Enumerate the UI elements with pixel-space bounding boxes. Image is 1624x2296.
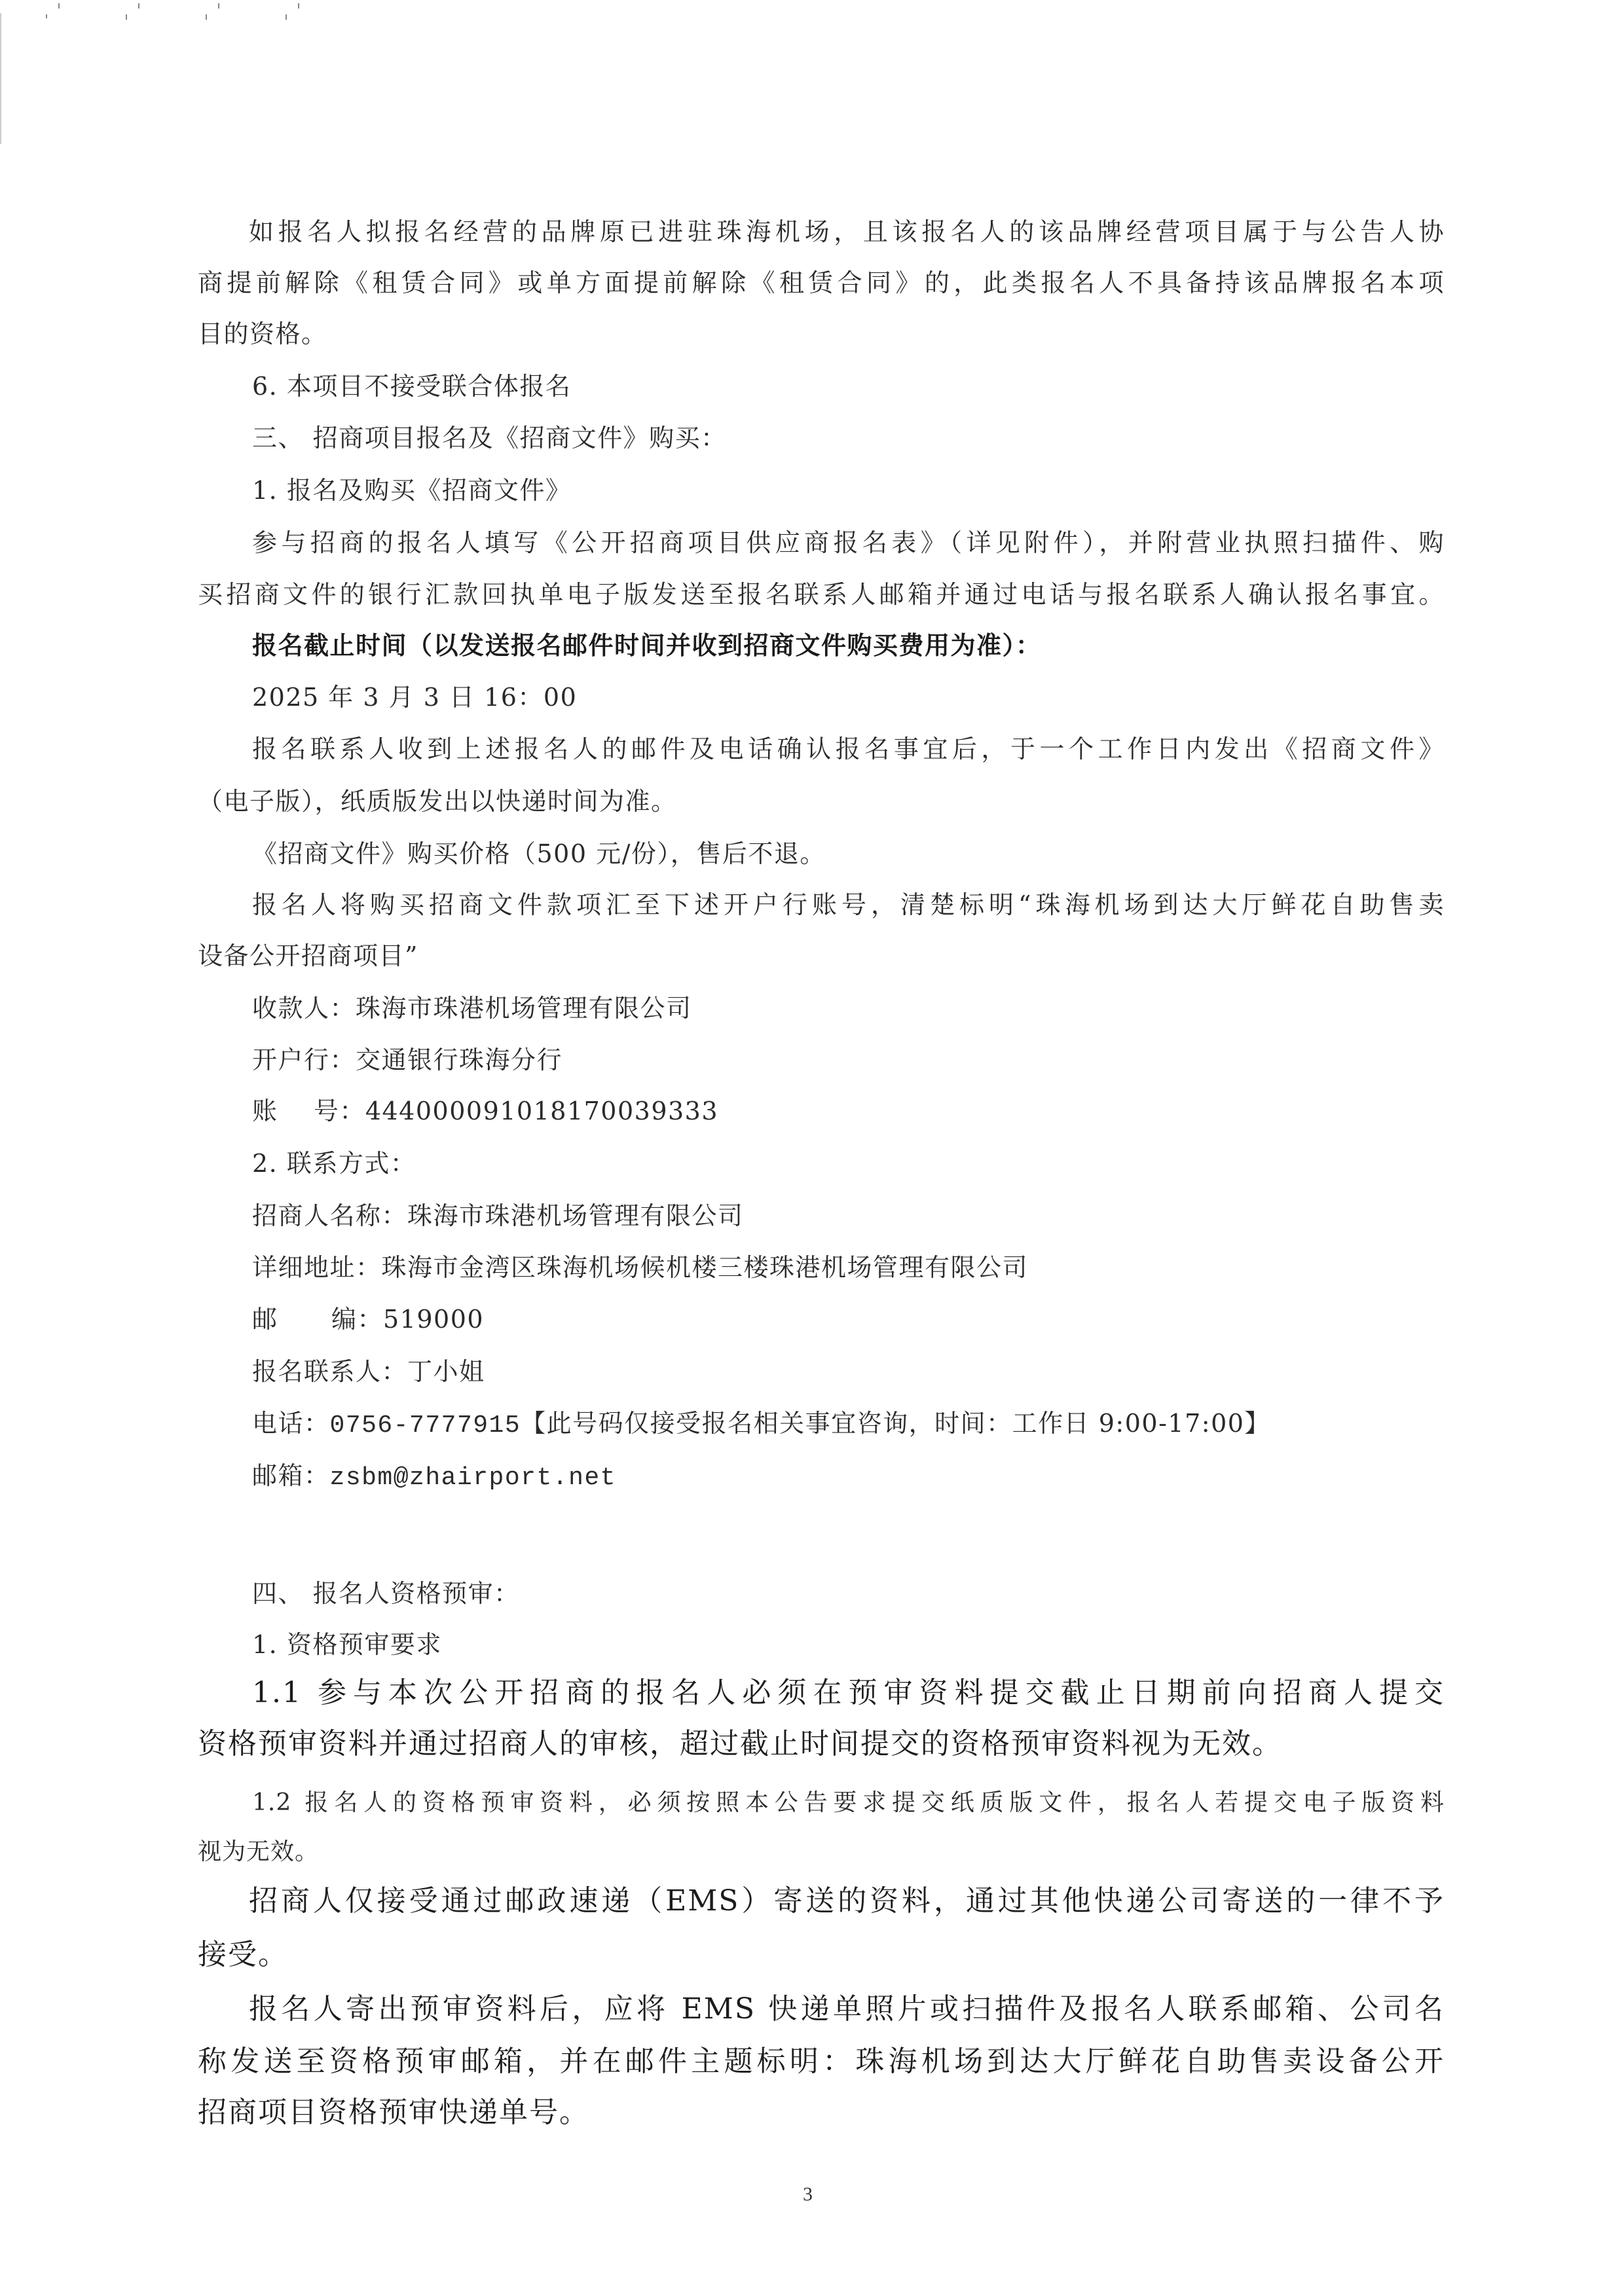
company-label: 招商人名称：	[252, 1201, 407, 1230]
contact-person-label: 报名联系人：	[252, 1357, 407, 1386]
scan-mark	[298, 3, 299, 9]
postcode-value: 519000	[383, 1305, 484, 1334]
subsection-heading-4-1: 1. 资格预审要求	[252, 1629, 442, 1660]
paragraph-send-line: 招商项目资格预审快递单号。	[198, 2097, 589, 2128]
phone-value: 0756-7777915	[330, 1412, 521, 1440]
email-row: 邮箱：zsbm@zhairport.net	[252, 1460, 616, 1494]
document-page: 如报名人拟报名经营的品牌原已进驻珠海机场，且该报名人的该品牌经营项目属于与公告人…	[0, 0, 1624, 2296]
contact-person-row: 报名联系人：丁小姐	[252, 1356, 485, 1387]
paragraph-1-2-line: 视为无效。	[198, 1836, 319, 1868]
deadline-value: 2025 年 3 月 3 日 16：00	[252, 682, 577, 713]
bank-value: 交通银行珠海分行	[356, 1046, 563, 1074]
paragraph-line: 报名联系人收到上述报名人的邮件及电话确认报名事宜后，于一个工作日内发出《招商文件…	[252, 733, 1445, 765]
bank-row: 开户行：交通银行珠海分行	[252, 1044, 563, 1076]
scan-edge-line	[0, 13, 1, 144]
page-number: 3	[803, 2183, 813, 2206]
bank-label: 开户行：	[252, 1046, 356, 1074]
address-value: 珠海市金湾区珠海机场候机楼三楼珠港机场管理有限公司	[382, 1253, 1029, 1282]
account-row: 账 号：444000091018170039333	[252, 1095, 718, 1127]
section-heading-4: 四、 报名人资格预审：	[252, 1578, 520, 1609]
contact-heading: 2. 联系方式：	[252, 1148, 416, 1179]
contact-person-value: 丁小姐	[407, 1357, 485, 1386]
payee-label: 收款人：	[252, 994, 356, 1023]
postcode-label: 邮 编：	[252, 1305, 383, 1334]
account-label: 账 号：	[252, 1097, 365, 1125]
paragraph-1-1-line: 资格预审资料并通过招商人的审核，超过截止时间提交的资格预审资料视为无效。	[198, 1728, 1282, 1760]
paragraph-ems-line: 接受。	[198, 1939, 288, 1971]
scan-mark	[58, 3, 60, 9]
paragraph-line: 设备公开招商项目”	[198, 940, 418, 972]
email-label: 邮箱：	[252, 1461, 330, 1490]
payee-row: 收款人：珠海市珠港机场管理有限公司	[252, 993, 692, 1024]
account-value: 444000091018170039333	[365, 1097, 718, 1125]
company-row: 招商人名称：珠海市珠港机场管理有限公司	[252, 1200, 744, 1231]
email-value: zsbm@zhairport.net	[330, 1464, 616, 1492]
paragraph-line: 报名人将购买招商文件款项汇至下述开户行账号，清楚标明“珠海机场到达大厅鲜花自助售…	[252, 889, 1445, 920]
paragraph-send-line: 称发送至资格预审邮箱，并在邮件主题标明：珠海机场到达大厅鲜花自助售卖设备公开	[198, 2046, 1445, 2077]
paragraph-line: 如报名人拟报名经营的品牌原已进驻珠海机场，且该报名人的该品牌经营项目属于与公告人…	[249, 216, 1445, 247]
section-heading-3: 三、 招商项目报名及《招商文件》购买：	[252, 422, 727, 454]
paragraph-ems-line: 招商人仅接受通过邮政速递（EMS）寄送的资料，通过其他快递公司寄送的一律不予	[249, 1886, 1445, 1917]
paragraph-1-1-line: 1.1 参与本次公开招商的报名人必须在预审资料提交截止日期前向招商人提交	[252, 1677, 1445, 1709]
paragraph-line: （电子版），纸质版发出以快递时间为准。	[198, 786, 677, 817]
phone-row: 电话：0756-7777915【此号码仅接受报名相关事宜咨询，时间：工作日 9:…	[252, 1408, 1270, 1442]
paragraph-line: 目的资格。	[198, 318, 327, 350]
postcode-row: 邮 编：519000	[252, 1303, 484, 1335]
paragraph-line: 参与招商的报名人填写《公开招商项目供应商报名表》（详见附件），并附营业执照扫描件…	[252, 527, 1445, 558]
paragraph-line: 买招商文件的银行汇款回执单电子版发送至报名联系人邮箱并通过电话与报名联系人确认报…	[198, 579, 1445, 610]
deadline-label: 报名截止时间（以发送报名邮件时间并收到招商文件购买费用为准）：	[252, 630, 1042, 661]
scan-mark	[206, 14, 207, 20]
payee-value: 珠海市珠港机场管理有限公司	[356, 994, 692, 1023]
scan-mark	[126, 14, 127, 20]
scan-mark	[46, 14, 47, 18]
paragraph-1-2-line: 1.2 报名人的资格预审资料，必须按照本公告要求提交纸质版文件，报名人若提交电子…	[252, 1787, 1445, 1819]
list-item-6: 6. 本项目不接受联合体报名	[252, 371, 571, 402]
price-line: 《招商文件》购买价格（500 元/份），售后不退。	[252, 838, 826, 869]
phone-note: 【此号码仅接受报名相关事宜咨询，时间：工作日 9:00-17:00】	[521, 1409, 1270, 1438]
address-row: 详细地址：珠海市金湾区珠海机场候机楼三楼珠港机场管理有限公司	[252, 1252, 1028, 1283]
scan-mark	[138, 3, 139, 9]
address-label: 详细地址：	[252, 1253, 382, 1282]
phone-label: 电话：	[252, 1409, 330, 1438]
scan-mark	[218, 3, 219, 9]
paragraph-line: 商提前解除《租赁合同》或单方面提前解除《租赁合同》的，此类报名人不具备持该品牌报…	[198, 267, 1445, 299]
scan-mark	[286, 14, 287, 20]
company-value: 珠海市珠港机场管理有限公司	[407, 1201, 744, 1230]
subsection-heading-1: 1. 报名及购买《招商文件》	[252, 475, 571, 506]
paragraph-send-line: 报名人寄出预审资料后，应将 EMS 快递单照片或扫描件及报名人联系邮箱、公司名	[249, 1994, 1445, 2025]
